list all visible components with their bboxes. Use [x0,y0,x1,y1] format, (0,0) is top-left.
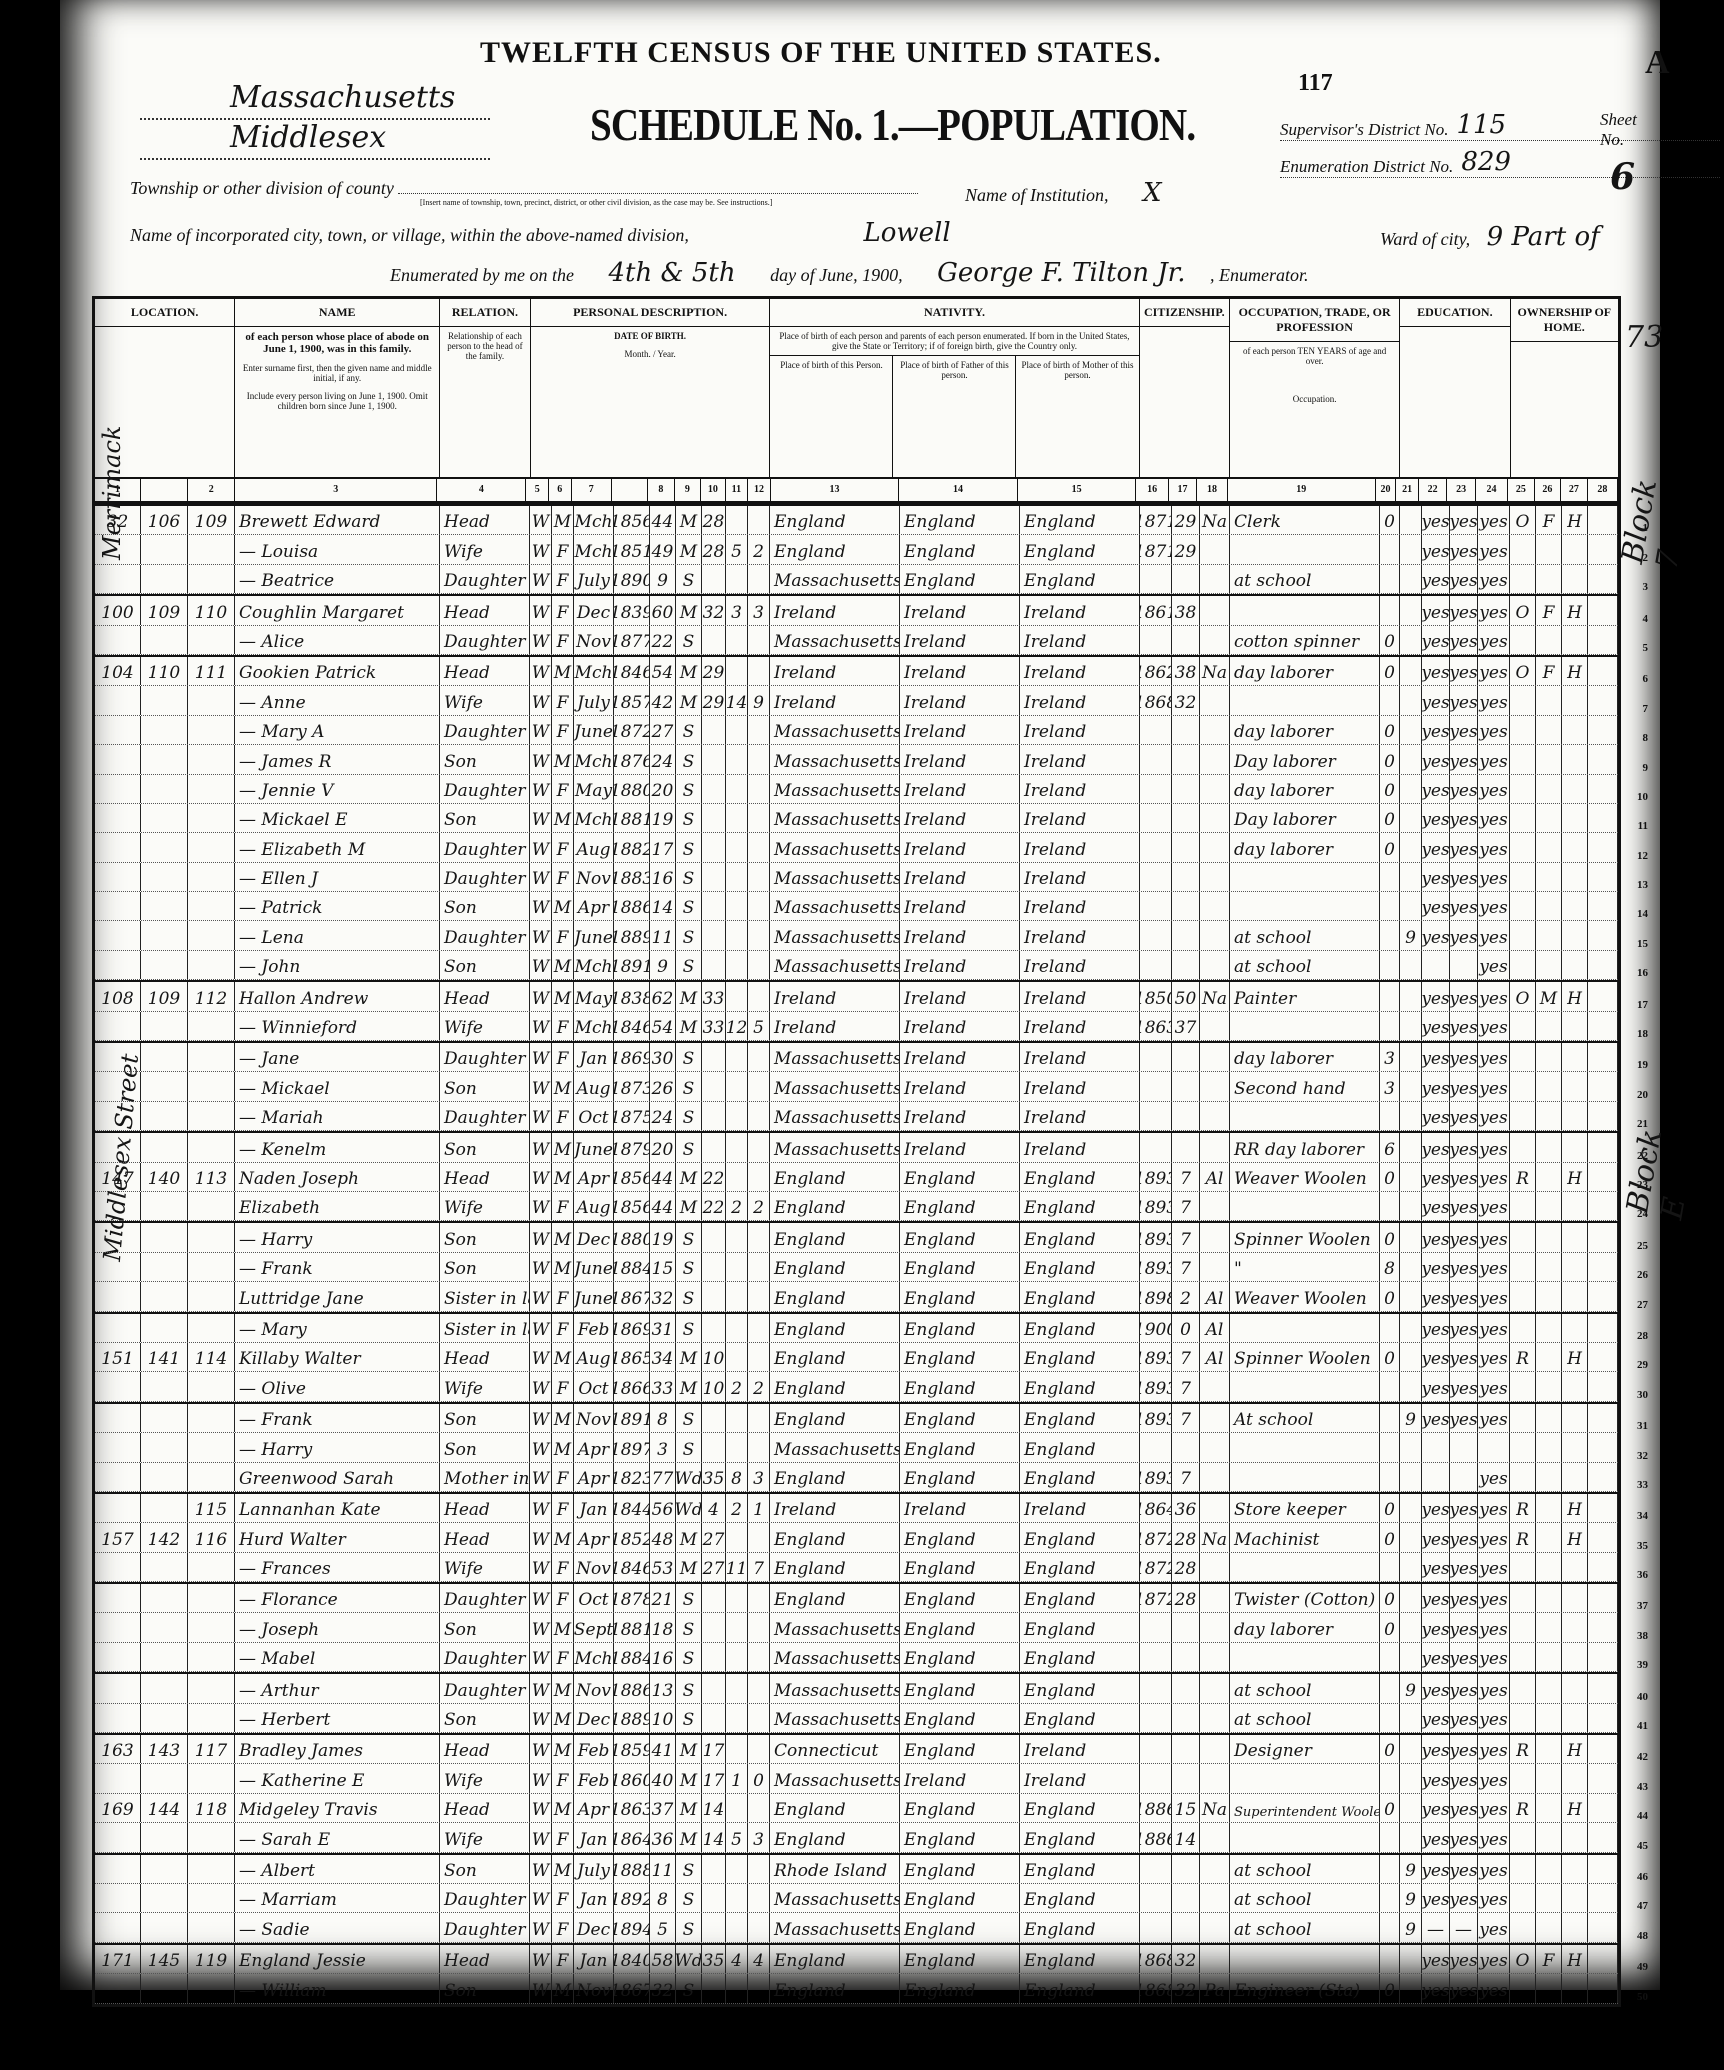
cell-mother: Ireland [1020,657,1140,685]
cell-farm [1562,1764,1588,1792]
cell-birth: England [770,506,900,534]
cell-relation: Son [440,1613,530,1641]
table-row: — MariahDaughterWFOct187524SMassachusett… [95,1102,1618,1131]
cell-living [748,1584,770,1612]
cell-farm [1562,1314,1588,1342]
cell-free [1536,1674,1562,1702]
cell-living [748,657,770,685]
line-number: 5 [1643,642,1649,654]
cell-write: yes [1450,1253,1478,1281]
cell-school [1400,1253,1422,1281]
cell-school [1400,565,1422,593]
cell-age: 24 [650,745,676,773]
cell-mother: Ireland [1020,921,1140,949]
cell-house [95,626,141,654]
cell-unemp [1380,1372,1400,1400]
cell-relation: Wife [440,1372,530,1400]
cell-yrs-married [702,1584,726,1612]
cell-dwelling [141,1102,188,1130]
cell-father: Ireland [900,745,1020,773]
cell-mother: England [1020,1314,1140,1342]
cell-read: yes [1422,1674,1450,1702]
cell-occupation: Weaver Woolen [1230,1282,1380,1310]
cell-sex: M [552,951,574,979]
cell-father: Ireland [900,1102,1020,1130]
margin-note-73: 73 [1625,320,1663,355]
cell-school [1400,1102,1422,1130]
cell-mother: Ireland [1020,1494,1140,1522]
cell-marital: S [676,716,702,744]
cell-schedule [1588,1884,1618,1912]
cell-father: England [900,1163,1020,1191]
cell-age: 15 [650,1253,676,1281]
cell-age: 42 [650,686,676,714]
cell-mother-of [726,657,748,685]
cell-family [188,1012,235,1040]
cell-house [95,1282,141,1310]
cell-sex: F [552,596,574,624]
cell-write: yes [1450,1282,1478,1310]
cell-family: 119 [188,1945,235,1973]
cell-mother-of: 5 [726,1823,748,1851]
cell-house: 163 [95,1735,141,1763]
cell-dwelling [141,1253,188,1281]
cell-month: Dec [574,596,614,624]
cell-relation: Son [440,951,530,979]
cell-mother: England [1020,1913,1140,1941]
cell-free [1536,1974,1562,2002]
cell-relation: Wife [440,535,530,563]
township-note: [Insert name of township, town, precinct… [420,198,772,207]
cell-immig: 1850 [1140,982,1172,1010]
cell-marital: S [676,1884,702,1912]
line-number: 48 [1637,1930,1648,1942]
cell-birth: England [770,1282,900,1310]
cell-father: England [900,1372,1020,1400]
cell-sex: F [552,921,574,949]
column-number: 21 [1396,479,1419,501]
cell-unemp [1380,863,1400,891]
cell-relation: Son [440,1704,530,1732]
table-row: — FloranceDaughterWFOct187821SEnglandEng… [95,1582,1618,1613]
cell-dwelling [141,1133,188,1161]
line-number: 38 [1637,1630,1648,1642]
cell-sex: M [552,1223,574,1251]
cell-dwelling [141,1433,188,1461]
cell-mother: England [1020,1523,1140,1551]
cell-living: 2 [748,535,770,563]
table-row: — JaneDaughterWFJan186930SMassachusettsI… [95,1041,1618,1072]
cell-mother-of [726,775,748,803]
cell-farm [1562,863,1588,891]
cell-sex: F [552,1553,574,1581]
cell-read [1422,1433,1450,1461]
cell-birth: Ireland [770,1012,900,1040]
cell-age: 37 [650,1794,676,1822]
column-number: 14 [899,479,1018,501]
cell-dwelling: 110 [141,657,188,685]
cell-immig: 1893 [1140,1163,1172,1191]
cell-birth: England [770,1945,900,1973]
cell-school: 9 [1400,1855,1422,1883]
cell-mother-of [726,1433,748,1461]
cell-unemp [1380,535,1400,563]
cell-mother: Ireland [1020,1764,1140,1792]
cell-name: Brewett Edward [235,506,440,534]
cell-unemp: 0 [1380,1494,1400,1522]
cell-marital: M [676,1794,702,1822]
cell-house: 157 [95,1523,141,1551]
cell-mother-of [726,1974,748,2002]
cell-year: 1838 [614,982,650,1010]
cell-relation: Wife [440,686,530,714]
cell-name: — Frank [235,1404,440,1432]
cell-yrs-us: 32 [1172,1974,1200,2002]
enumerated-label: Enumerated by me on the [390,265,574,285]
cell-free [1536,1704,1562,1732]
cell-read [1422,951,1450,979]
cell-free [1536,745,1562,773]
cell-write: yes [1450,686,1478,714]
cell-sex: F [552,1913,574,1941]
line-number: 35 [1637,1540,1648,1552]
cell-year: 1886 [614,892,650,920]
cell-house [95,1072,141,1100]
cell-yrs-us [1172,892,1200,920]
cell-marital: S [676,1253,702,1281]
cell-school [1400,1823,1422,1851]
cell-mother-of [726,506,748,534]
table-row: — Mickael ESonWMMch188119SMassachusettsI… [95,804,1618,833]
cell-english: yes [1478,1884,1510,1912]
cell-marital: S [676,1643,702,1671]
table-row: — KenelmSonWMJune187920SMassachusettsIre… [95,1131,1618,1162]
cell-free [1536,1223,1562,1251]
cell-yrs-married: 10 [702,1372,726,1400]
cell-yrs-us: 0 [1172,1314,1200,1342]
cell-immig: 1868 [1140,1974,1172,2002]
cell-yrs-us [1172,1704,1200,1732]
cell-father: England [900,1823,1020,1851]
cell-occupation: at school [1230,565,1380,593]
cell-relation: Son [440,1253,530,1281]
cell-free [1536,1855,1562,1883]
cell-year: 1865 [614,1343,650,1371]
enumerated-day: 4th & 5th [608,258,735,288]
cell-yrs-married: 27 [702,1523,726,1551]
cell-read: yes [1422,1372,1450,1400]
cell-name: — Beatrice [235,565,440,593]
cell-birth: Rhode Island [770,1855,900,1883]
line-number: 8 [1643,732,1649,744]
cell-unemp [1380,1855,1400,1883]
cell-marital: S [676,863,702,891]
cell-occupation: at school [1230,1674,1380,1702]
cell-natur [1200,1433,1230,1461]
cell-school: 9 [1400,1674,1422,1702]
cell-family [188,1372,235,1400]
cell-write: yes [1450,1102,1478,1130]
table-row: 157142116Hurd WalterHeadWMApr185248M27En… [95,1523,1618,1552]
cell-dwelling [141,833,188,861]
cell-natur [1200,1494,1230,1522]
cell-house [95,716,141,744]
cell-occupation: cotton spinner [1230,626,1380,654]
cell-relation: Daughter [440,565,530,593]
cell-read: yes [1422,1223,1450,1251]
cell-write: yes [1450,1133,1478,1161]
cell-unemp: 0 [1380,1343,1400,1371]
cell-immig: 1868 [1140,1945,1172,1973]
cell-yrs-us [1172,863,1200,891]
cell-color: W [530,1404,552,1432]
cell-natur: Al [1200,1163,1230,1191]
cell-yrs-us [1172,804,1200,832]
cell-month: Feb [574,1314,614,1342]
cell-free [1536,1372,1562,1400]
cell-school [1400,1945,1422,1973]
cell-year: 1894 [614,1913,650,1941]
header-education: EDUCATION. [1400,299,1510,477]
cell-month: May [574,982,614,1010]
cell-read: yes [1422,982,1450,1010]
cell-house [95,1823,141,1851]
cell-owned: O [1510,596,1536,624]
line-number: 39 [1637,1659,1648,1671]
cell-immig [1140,1043,1172,1071]
cell-living [748,804,770,832]
cell-age: 17 [650,833,676,861]
cell-farm [1562,1012,1588,1040]
cell-birth: Ireland [770,657,900,685]
cell-natur [1200,1643,1230,1671]
table-row: — FrancesWifeWFNov184653M27117EnglandEng… [95,1553,1618,1582]
cell-owned [1510,745,1536,773]
cell-dwelling [141,951,188,979]
cell-natur [1200,775,1230,803]
cell-sex: F [552,1463,574,1491]
table-row: — AlbertSonWMJuly188811SRhode IslandEngl… [95,1853,1618,1884]
cell-dwelling [141,1823,188,1851]
cell-name: — William [235,1974,440,2002]
line-number: 28 [1637,1330,1648,1342]
cell-school [1400,951,1422,979]
cell-owned: R [1510,1494,1536,1522]
cell-owned [1510,1133,1536,1161]
cell-sex: M [552,745,574,773]
cell-read: yes [1422,506,1450,534]
cell-mother-of [726,1133,748,1161]
cell-relation: Wife [440,1553,530,1581]
cell-father: Ireland [900,686,1020,714]
cell-natur [1200,716,1230,744]
cell-marital: S [676,1974,702,2002]
cell-name: — Ellen J [235,863,440,891]
cell-month: June [574,716,614,744]
cell-family [188,716,235,744]
cell-family: 115 [188,1494,235,1522]
cell-owned [1510,1072,1536,1100]
cell-english: yes [1478,1043,1510,1071]
cell-birth: England [770,1404,900,1432]
cell-school [1400,1072,1422,1100]
column-number: 6 [549,479,572,501]
cell-age: 16 [650,863,676,891]
line-number: 16 [1637,967,1648,979]
cell-yrs-married [702,1404,726,1432]
cell-age: 56 [650,1494,676,1522]
cell-read: yes [1422,1584,1450,1612]
column-number: 7 [572,479,612,501]
cell-age: 40 [650,1764,676,1792]
cell-schedule [1588,1163,1618,1191]
cell-house [95,804,141,832]
cell-marital: S [676,892,702,920]
column-number: 13 [771,479,899,501]
cell-living: 3 [748,1823,770,1851]
cell-yrs-us [1172,951,1200,979]
cell-color: W [530,745,552,773]
cell-owned [1510,1192,1536,1220]
cell-school [1400,1012,1422,1040]
cell-relation: Mother in law [440,1463,530,1491]
cell-marital: S [676,565,702,593]
cell-school [1400,657,1422,685]
cell-year: 1856 [614,1192,650,1220]
cell-marital: S [676,1404,702,1432]
cell-family [188,833,235,861]
cell-farm [1562,1072,1588,1100]
cell-mother-of [726,1043,748,1071]
table-row: — AnneWifeWFJuly185742M29149IrelandIrela… [95,686,1618,715]
cell-mother-of [726,804,748,832]
cell-marital: S [676,921,702,949]
cell-natur [1200,1913,1230,1941]
cell-free [1536,1584,1562,1612]
cell-living [748,1163,770,1191]
cell-write: yes [1450,1043,1478,1071]
cell-name: — Katherine E [235,1764,440,1792]
table-row: 151141114Killaby WalterHeadWMAug186534M1… [95,1343,1618,1372]
cell-immig [1140,1855,1172,1883]
cell-age: 30 [650,1043,676,1071]
cell-age: 22 [650,626,676,654]
cell-natur: Na [1200,1794,1230,1822]
cell-yrs-us: 14 [1172,1823,1200,1851]
table-body: 32106109Brewett EdwardHeadWMMch185644M28… [95,504,1618,2004]
cell-color: W [530,775,552,803]
cell-immig: 1893 [1140,1463,1172,1491]
cell-dwelling [141,1764,188,1792]
cell-mother-of [726,565,748,593]
cell-read: yes [1422,626,1450,654]
cell-schedule [1588,1974,1618,2002]
cell-mother-of [726,1884,748,1912]
cell-father: England [900,1613,1020,1641]
line-number: 37 [1637,1600,1648,1612]
cell-write: yes [1450,1523,1478,1551]
cell-schedule [1588,535,1618,563]
cell-school [1400,1223,1422,1251]
cell-year: 1846 [614,1012,650,1040]
cell-month: July [574,565,614,593]
cell-immig: 1893 [1140,1343,1172,1371]
cell-house: 169 [95,1794,141,1822]
table-row: 100109110Coughlin MargaretHeadWFDec18396… [95,594,1618,625]
cell-name: Lannanhan Kate [235,1494,440,1522]
cell-english: yes [1478,1192,1510,1220]
cell-marital: M [676,535,702,563]
cell-free [1536,1553,1562,1581]
cell-family: 109 [188,506,235,534]
cell-free: F [1536,657,1562,685]
cell-mother-of: 12 [726,1012,748,1040]
cell-dwelling [141,775,188,803]
cell-family [188,1823,235,1851]
cell-age: 34 [650,1343,676,1371]
cell-father: Ireland [900,951,1020,979]
cell-month: Nov [574,1553,614,1581]
cell-yrs-married: 10 [702,1343,726,1371]
cell-sex: F [552,1192,574,1220]
column-number: 16 [1136,479,1168,501]
cell-father: England [900,1553,1020,1581]
cell-house: 171 [95,1945,141,1973]
cell-read: yes [1422,1855,1450,1883]
cell-year: 1863 [614,1794,650,1822]
cell-free [1536,1463,1562,1491]
cell-month: Aug [574,833,614,861]
cell-living [748,745,770,773]
cell-farm [1562,565,1588,593]
margin-block-7: Block 7 [1615,477,1699,573]
cell-dwelling: 142 [141,1523,188,1551]
line-number: 43 [1637,1781,1648,1793]
cell-occupation [1230,596,1380,624]
cell-living [748,716,770,744]
cell-living [748,1314,770,1342]
cell-marital: S [676,775,702,803]
cell-natur [1200,686,1230,714]
cell-english: yes [1478,1855,1510,1883]
cell-dwelling [141,1884,188,1912]
cell-father: Ireland [900,1764,1020,1792]
cell-age: 41 [650,1735,676,1763]
cell-farm [1562,1584,1588,1612]
cell-schedule [1588,1404,1618,1432]
cell-birth: England [770,1343,900,1371]
cell-farm [1562,1704,1588,1732]
cell-name: — Sarah E [235,1823,440,1851]
cell-owned [1510,1913,1536,1941]
cell-living [748,951,770,979]
table-row: — FrankSonWMJune188415SEnglandEnglandEng… [95,1253,1618,1282]
cell-yrs-us: 7 [1172,1372,1200,1400]
cell-family: 118 [188,1794,235,1822]
cell-read: yes [1422,1974,1450,2002]
cell-schedule [1588,1253,1618,1281]
cell-schedule [1588,1494,1618,1522]
sheet-value: 6 [1610,156,1660,198]
cell-read: yes [1422,1192,1450,1220]
cell-yrs-married [702,833,726,861]
cell-yrs-us: 38 [1172,657,1200,685]
column-number: 19 [1228,479,1376,501]
cell-read: yes [1422,1523,1450,1551]
cell-write: yes [1450,892,1478,920]
table-row: Greenwood SarahMother in lawWFApr182377W… [95,1463,1618,1492]
cell-month: Oct [574,1102,614,1130]
